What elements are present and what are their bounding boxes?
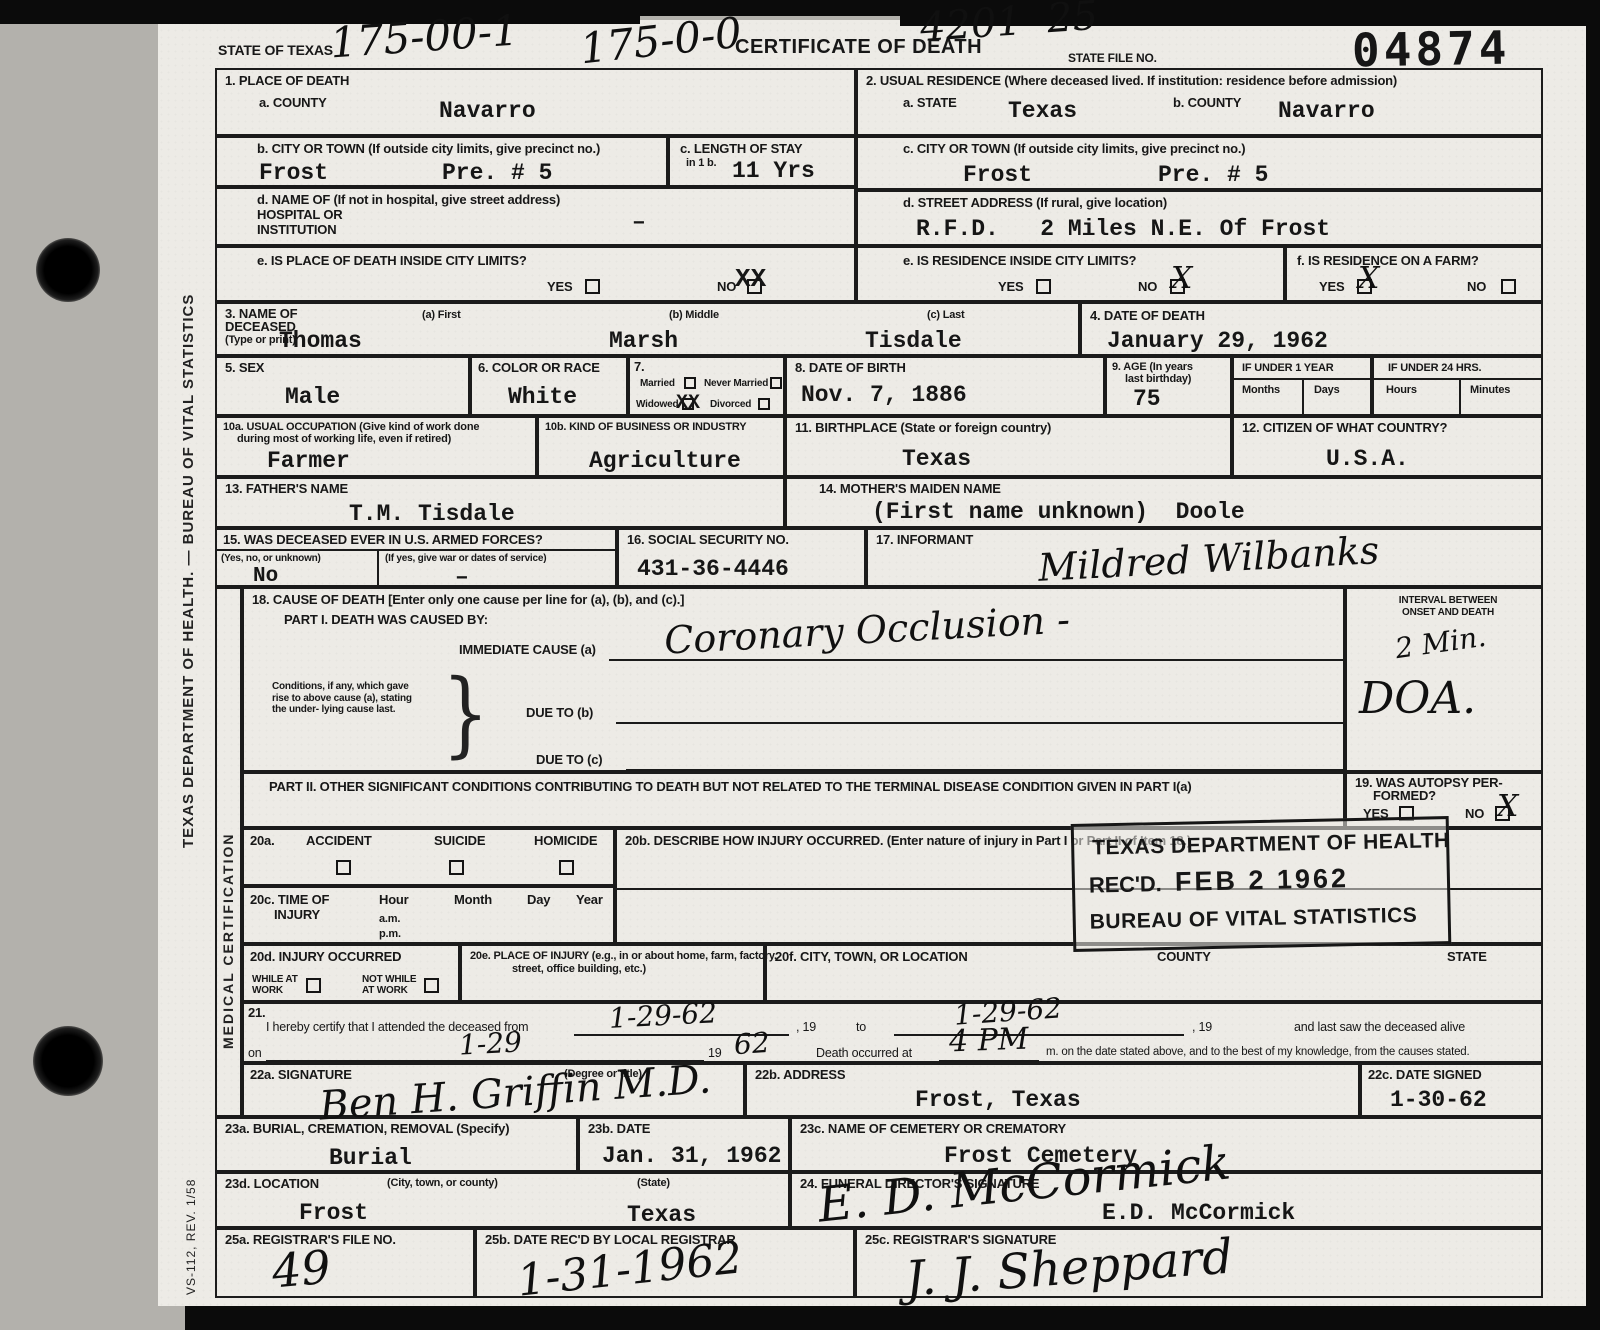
occupation-label-1: 10a. USUAL OCCUPATION (Give kind of work… <box>223 421 479 434</box>
due-to-b-line <box>616 722 1344 724</box>
scanned-death-certificate: TEXAS DEPARTMENT OF HEALTH. — BUREAU OF … <box>0 0 1600 1330</box>
death-time-value: 4 PM <box>949 1025 1030 1058</box>
scan-edge-top <box>0 0 1600 16</box>
race-label: 6. COLOR OR RACE <box>478 361 600 376</box>
first-name-label: (a) First <box>422 309 461 322</box>
part2-label: PART II. OTHER SIGNIFICANT CONDITIONS CO… <box>269 780 1191 795</box>
field-ssn: 16. SOCIAL SECURITY NO. 431-36-4446 <box>617 528 866 587</box>
field-residence-farm: f. IS RESIDENCE ON A FARM? YES X NO <box>1285 246 1543 302</box>
widowed-mark: XX <box>676 394 700 414</box>
ssn-value: 431-36-4446 <box>637 558 789 581</box>
forces-divider <box>217 549 615 551</box>
not-while-label-2: AT WORK <box>362 985 408 997</box>
ssn-label: 16. SOCIAL SECURITY NO. <box>627 533 789 548</box>
due-to-b-label: DUE TO (b) <box>526 706 593 721</box>
citizen-label: 12. CITIZEN OF WHAT COUNTRY? <box>1242 421 1447 436</box>
field-name-of-deceased: 3. NAME OF DECEASED (Type or print) (a) … <box>215 302 1080 356</box>
under-1yr-label: IF UNDER 1 YEAR <box>1242 362 1334 375</box>
hospital-label-2: HOSPITAL OR <box>257 208 342 223</box>
year-prefix-3: 19 <box>708 1046 722 1060</box>
never-married-label: Never Married <box>704 378 768 390</box>
hour-label: Hour <box>379 893 409 908</box>
death-time-line <box>939 1060 1039 1062</box>
state-file-number-stamp: 04874 <box>1352 25 1511 74</box>
age-label-1: 9. AGE (In years <box>1112 361 1193 374</box>
widowed-label: Widowed <box>636 399 678 411</box>
place-of-injury-label-1: 20e. PLACE OF INJURY (e.g., in or about … <box>470 950 777 963</box>
field-industry: 10b. KIND OF BUSINESS OR INDUSTRY Agricu… <box>537 416 785 477</box>
immediate-cause-line <box>609 659 1344 661</box>
autopsy-no-label: NO <box>1465 807 1484 822</box>
age-value: 75 <box>1133 388 1161 411</box>
father-value: T.M. Tisdale <box>349 503 515 526</box>
informant-signature: Mildred Wilbanks <box>1037 531 1380 587</box>
punch-hole-bottom <box>33 1026 103 1096</box>
residence-city-value: Frost <box>963 164 1032 187</box>
field-length-of-stay: c. LENGTH OF STAY in 1 b. 11 Yrs <box>668 136 856 187</box>
interval-value-b: DOA. <box>1359 677 1476 721</box>
handwritten-code-1: 175-00-1 <box>329 9 520 64</box>
place-precinct-value: Pre. # 5 <box>442 162 552 185</box>
marital-label: 7. <box>634 360 644 375</box>
birthplace-value: Texas <box>902 448 971 471</box>
received-stamp: TEXAS DEPARTMENT OF HEALTH REC'D. FEB 2 … <box>1071 816 1452 952</box>
month-label: Month <box>454 893 492 908</box>
field-residence-state-county: 2. USUAL RESIDENCE (Where deceased lived… <box>856 68 1543 136</box>
under-24h-label: IF UNDER 24 HRS. <box>1388 362 1481 375</box>
stay-sublabel: in 1 b. <box>686 157 716 170</box>
divorced-label: Divorced <box>710 399 751 411</box>
middle-name-value: Marsh <box>609 330 678 353</box>
to-label: to <box>856 1020 866 1034</box>
stamp-line-1: TEXAS DEPARTMENT OF HEALTH <box>1092 829 1450 861</box>
field-disposition-date: 23b. DATE Jan. 31, 1962 <box>578 1117 790 1172</box>
married-label: Married <box>640 378 675 390</box>
immediate-cause-value: Coronary Occlusion - <box>663 600 1071 659</box>
occupation-label-2: during most of working life, even if ret… <box>237 433 451 446</box>
under-24h-divider <box>1374 378 1541 380</box>
dob-label: 8. DATE OF BIRTH <box>795 361 906 376</box>
cemetery-label: 23c. NAME OF CEMETERY OR CREMATORY <box>800 1122 1066 1137</box>
forces-label: 15. WAS DECEASED EVER IN U.S. ARMED FORC… <box>223 533 543 548</box>
forces-sub-2: (If yes, give war or dates of service) <box>385 553 546 565</box>
location-state-value: Texas <box>627 1204 696 1227</box>
certification-num: 21. <box>248 1006 265 1021</box>
middle-name-label: (b) Middle <box>669 309 719 322</box>
field-cause-of-death: 18. CAUSE OF DEATH [Enter only one cause… <box>242 587 1345 772</box>
suicide-label: SUICIDE <box>434 834 485 849</box>
autopsy-no-mark: X <box>1497 792 1518 822</box>
hospital-label-3: INSTITUTION <box>257 223 336 238</box>
county-label: a. COUNTY <box>259 96 327 111</box>
first-name-value: Thomas <box>279 330 362 353</box>
field-date-of-birth: 8. DATE OF BIRTH Nov. 7, 1886 <box>785 356 1105 416</box>
forces-answer: No <box>253 566 278 587</box>
date-of-death-value: January 29, 1962 <box>1107 330 1328 353</box>
field-disposition-location: 23d. LOCATION (City, town, or county) (S… <box>215 1172 790 1228</box>
accident-label: ACCIDENT <box>306 834 372 849</box>
while-at-work-label-1: WHILE AT <box>252 974 298 986</box>
field-physician-signature: 22a. SIGNATURE (Degree or title) Ben H. … <box>242 1063 745 1117</box>
part1-label: PART I. DEATH WAS CAUSED BY: <box>284 613 488 628</box>
age-label-2: last birthday) <box>1125 373 1191 386</box>
hospital-value: – <box>632 211 646 234</box>
field-part2: PART II. OTHER SIGNIFICANT CONDITIONS CO… <box>242 772 1345 828</box>
last-name-value: Tisdale <box>865 330 962 353</box>
residence-county-value: Navarro <box>1278 100 1375 123</box>
field-physician-address: 22b. ADDRESS Frost, Texas <box>745 1063 1360 1117</box>
residence-precinct-value: Pre. # 5 <box>1158 164 1268 187</box>
due-to-c-line <box>626 769 1344 771</box>
location-sub-1: (City, town, or county) <box>387 1177 498 1190</box>
informant-label: 17. INFORMANT <box>876 533 973 548</box>
state-of-texas-label: STATE OF TEXAS <box>218 42 333 58</box>
location-city-value: Frost <box>299 1202 368 1225</box>
residence-limits-yes-label: YES <box>998 280 1023 295</box>
under-24h-vdivider <box>1459 378 1461 414</box>
never-married-checkbox <box>770 377 782 389</box>
field-place-of-death-county: 1. PLACE OF DEATH a. COUNTY Navarro <box>215 68 856 136</box>
field-manner: 20a. ACCIDENT SUICIDE HOMICIDE <box>242 828 615 886</box>
field-certification: 21. I hereby certify that I attended the… <box>242 1002 1543 1063</box>
divorced-checkbox <box>758 398 770 410</box>
state-file-no-label: STATE FILE NO. <box>1068 52 1157 66</box>
scan-edge-right <box>1586 0 1600 1330</box>
scan-edge-bottom <box>185 1306 1600 1330</box>
disposition-date-value: Jan. 31, 1962 <box>602 1145 781 1168</box>
field-residence-city: c. CITY OR TOWN (If outside city limits,… <box>856 136 1543 190</box>
residence-farm-yes-label: YES <box>1319 280 1344 295</box>
industry-label: 10b. KIND OF BUSINESS OR INDUSTRY <box>545 421 746 434</box>
forces-detail: – <box>455 566 469 589</box>
certification-text-3: m. on the date stated above, and to the … <box>1046 1046 1469 1059</box>
father-label: 13. FATHER'S NAME <box>225 482 348 497</box>
injury-county-label: COUNTY <box>1157 950 1211 965</box>
residence-city-label: c. CITY OR TOWN (If outside city limits,… <box>903 142 1245 157</box>
interval-label: INTERVAL BETWEEN ONSET AND DEATH <box>1383 595 1513 618</box>
field-armed-forces: 15. WAS DECEASED EVER IN U.S. ARMED FORC… <box>215 528 617 587</box>
residence-farm-no-label: NO <box>1467 280 1486 295</box>
stay-value: 11 Yrs <box>732 160 815 183</box>
day-label: Day <box>527 893 550 908</box>
residence-state-value: Texas <box>1008 100 1077 123</box>
field-time-of-injury: 20c. TIME OF INJURY Hour a.m. p.m. Month… <box>242 886 615 944</box>
field-if-under-24-hrs: IF UNDER 24 HRS. Hours Minutes <box>1372 356 1543 416</box>
place-limits-no-mark: XX <box>735 266 766 292</box>
minutes-label: Minutes <box>1470 384 1510 397</box>
funeral-director-name: E.D. McCormick <box>1102 1202 1295 1225</box>
homicide-label: HOMICIDE <box>534 834 597 849</box>
location-sub-2: (State) <box>637 1177 670 1190</box>
date-signed-value: 1-30-62 <box>1390 1089 1487 1112</box>
field-marital-status: 7. Married Never Married Widowed XX Divo… <box>628 356 785 416</box>
residence-limits-yes-checkbox <box>1036 279 1051 294</box>
accident-checkbox <box>336 860 351 875</box>
field-sex: 5. SEX Male <box>215 356 470 416</box>
field-funeral-director: 24. FUNERAL DIRECTOR'S SIGNATURE E. D. M… <box>790 1172 1543 1228</box>
residence-limits-no-mark: X <box>1171 264 1192 294</box>
field-date-of-death: 4. DATE OF DEATH January 29, 1962 <box>1080 302 1543 356</box>
mother-value: (First name unknown) Doole <box>872 501 1245 524</box>
stamp-line-3: BUREAU OF VITAL STATISTICS <box>1090 904 1418 935</box>
field-date-signed: 22c. DATE SIGNED 1-30-62 <box>1360 1063 1543 1117</box>
due-to-c-label: DUE TO (c) <box>536 753 602 768</box>
immediate-cause-label: IMMEDIATE CAUSE (a) <box>459 643 596 658</box>
forces-sub-1: (Yes, no, or unknown) <box>221 553 321 565</box>
injury-occurred-label: 20d. INJURY OCCURRED <box>250 950 401 965</box>
hospital-label-1: d. NAME OF (If not in hospital, give str… <box>257 193 560 208</box>
am-label: a.m. <box>379 913 400 926</box>
hours-label: Hours <box>1386 384 1417 397</box>
residence-county-label: b. COUNTY <box>1173 96 1241 111</box>
place-limits-yes-checkbox <box>585 279 600 294</box>
attended-to-line <box>894 1034 1184 1036</box>
field-father-name: 13. FATHER'S NAME T.M. Tisdale <box>215 477 785 528</box>
field-hospital: d. NAME OF (If not in hospital, give str… <box>215 187 856 246</box>
place-city-value: Frost <box>259 162 328 185</box>
field-registrar-file-no: 25a. REGISTRAR'S FILE NO. 49 <box>215 1228 475 1298</box>
left-margin-agency-text: TEXAS DEPARTMENT OF HEALTH. — BUREAU OF … <box>180 228 197 848</box>
field-residence-street: d. STREET ADDRESS (If rural, give locati… <box>856 190 1543 246</box>
residence-farm-no-checkbox <box>1501 279 1516 294</box>
place-limits-yes-label: YES <box>547 280 572 295</box>
not-while-checkbox <box>424 978 439 993</box>
homicide-checkbox <box>559 860 574 875</box>
place-of-death-title: 1. PLACE OF DEATH <box>225 74 349 89</box>
field-citizen: 12. CITIZEN OF WHAT COUNTRY? U.S.A. <box>1232 416 1543 477</box>
residence-street-label: d. STREET ADDRESS (If rural, give locati… <box>903 196 1167 211</box>
interval-value-a: 2 Min. <box>1393 623 1487 663</box>
time-injury-label-1: 20c. TIME OF <box>250 893 329 908</box>
registrar-file-value: 49 <box>270 1244 332 1295</box>
location-label: 23d. LOCATION <box>225 1177 319 1192</box>
punch-hole-top <box>36 238 100 302</box>
field-injury-location: 20f. CITY, TOWN, OR LOCATION COUNTY STAT… <box>765 944 1543 1002</box>
residence-limits-label: e. IS RESIDENCE INSIDE CITY LIMITS? <box>903 254 1136 269</box>
physician-address-label: 22b. ADDRESS <box>755 1068 845 1083</box>
while-at-work-checkbox <box>306 978 321 993</box>
suicide-checkbox <box>449 860 464 875</box>
form-code-text: VS-112, REV. 1/58 <box>184 1095 198 1295</box>
months-label: Months <box>1242 384 1280 397</box>
field-place-city: b. CITY OR TOWN (If outside city limits,… <box>215 136 668 187</box>
not-while-label-1: NOT WHILE <box>362 974 416 986</box>
conditions-note: Conditions, if any, which gave rise to a… <box>272 681 422 716</box>
injury-city-label: 20f. CITY, TOWN, OR LOCATION <box>775 950 968 965</box>
field-birthplace: 11. BIRTHPLACE (State or foreign country… <box>785 416 1232 477</box>
last-seen-year-value: 62 <box>733 1029 771 1059</box>
occupation-value: Farmer <box>267 450 350 473</box>
year-prefix-2: , 19 <box>1192 1020 1212 1034</box>
mother-label: 14. MOTHER'S MAIDEN NAME <box>819 482 1001 497</box>
last-name-label: (c) Last <box>927 309 965 322</box>
field-residence-city-limits: e. IS RESIDENCE INSIDE CITY LIMITS? YES … <box>856 246 1285 302</box>
death-at-label: Death occurred at <box>816 1046 912 1060</box>
field-occupation: 10a. USUAL OCCUPATION (Give kind of work… <box>215 416 537 477</box>
scan-edge-top-2 <box>0 16 640 24</box>
field-injury-occurred: 20d. INJURY OCCURRED WHILE AT WORK NOT W… <box>242 944 460 1002</box>
under-1yr-vdivider <box>1302 378 1304 414</box>
stamp-recd-label: REC'D. <box>1089 871 1162 898</box>
conditions-brace: } <box>442 668 489 761</box>
field-place-of-injury: 20e. PLACE OF INJURY (e.g., in or about … <box>460 944 765 1002</box>
year-label: Year <box>576 893 603 908</box>
disposition-type-value: Burial <box>329 1147 412 1170</box>
place-of-injury-label-2: street, office building, etc.) <box>512 963 646 976</box>
physician-address-value: Frost, Texas <box>915 1089 1081 1112</box>
forces-vdivider <box>377 549 379 585</box>
medical-certification-label: MEDICAL CERTIFICATION <box>220 649 236 1049</box>
married-checkbox <box>684 377 696 389</box>
place-city-label: b. CITY OR TOWN (If outside city limits,… <box>257 142 600 157</box>
date-signed-label: 22c. DATE SIGNED <box>1368 1068 1482 1083</box>
field-interval: INTERVAL BETWEEN ONSET AND DEATH 2 Min. … <box>1345 587 1543 772</box>
residence-farm-label: f. IS RESIDENCE ON A FARM? <box>1297 254 1479 269</box>
year-prefix-1: , 19 <box>796 1020 816 1034</box>
days-label: Days <box>1314 384 1340 397</box>
stay-label: c. LENGTH OF STAY <box>680 142 802 157</box>
disposition-date-label: 23b. DATE <box>588 1122 650 1137</box>
field-age: 9. AGE (In years last birthday) 75 <box>1105 356 1232 416</box>
injury-state-label: STATE <box>1447 950 1487 965</box>
autopsy-label-2: FORMED? <box>1373 789 1436 804</box>
sex-label: 5. SEX <box>225 361 264 376</box>
field-informant: 17. INFORMANT Mildred Wilbanks <box>866 528 1543 587</box>
place-limits-label: e. IS PLACE OF DEATH INSIDE CITY LIMITS? <box>257 254 527 269</box>
residence-limits-no-label: NO <box>1138 280 1157 295</box>
place-limits-no-label: NO <box>717 280 736 295</box>
field-registrar-signature: 25c. REGISTRAR'S SIGNATURE J. J. Sheppar… <box>855 1228 1543 1298</box>
time-injury-label-2: INJURY <box>274 908 320 923</box>
date-of-death-label: 4. DATE OF DEATH <box>1090 309 1205 324</box>
dob-value: Nov. 7, 1886 <box>801 384 967 407</box>
field-if-under-1-year: IF UNDER 1 YEAR Months Days <box>1232 356 1372 416</box>
last-seen-value: 1-29 <box>458 1028 522 1059</box>
field-place-city-limits: e. IS PLACE OF DEATH INSIDE CITY LIMITS?… <box>215 246 856 302</box>
field-registrar-date: 25b. DATE REC'D BY LOCAL REGISTRAR 1-31-… <box>475 1228 855 1298</box>
residence-title: 2. USUAL RESIDENCE (Where deceased lived… <box>866 74 1397 89</box>
residence-street-value: R.F.D. 2 Miles N.E. Of Frost <box>916 218 1330 241</box>
stamp-recd-date: FEB 2 1962 <box>1175 863 1350 898</box>
residence-farm-yes-mark: X <box>1358 264 1379 294</box>
attended-from-value: 1-29-62 <box>608 999 717 1033</box>
field-disposition-type: 23a. BURIAL, CREMATION, REMOVAL (Specify… <box>215 1117 578 1172</box>
while-at-work-label-2: WORK <box>252 985 283 997</box>
cause-label: 18. CAUSE OF DEATH [Enter only one cause… <box>252 593 684 608</box>
residence-state-label: a. STATE <box>903 96 957 111</box>
birthplace-label: 11. BIRTHPLACE (State or foreign country… <box>795 421 1051 436</box>
field-mother-name: 14. MOTHER'S MAIDEN NAME (First name unk… <box>785 477 1543 528</box>
on-label: on <box>248 1046 262 1060</box>
field-race: 6. COLOR OR RACE White <box>470 356 628 416</box>
physician-sig-label: 22a. SIGNATURE <box>250 1068 352 1083</box>
certification-text-2: and last saw the deceased alive <box>1294 1020 1465 1034</box>
industry-value: Agriculture <box>589 450 741 473</box>
county-value: Navarro <box>439 100 536 123</box>
medical-certification-band: MEDICAL CERTIFICATION <box>215 587 242 1117</box>
sex-value: Male <box>285 386 340 409</box>
race-value: White <box>508 386 577 409</box>
citizen-value: U.S.A. <box>1326 448 1409 471</box>
manner-num-label: 20a. <box>250 834 275 849</box>
pm-label: p.m. <box>379 928 401 941</box>
